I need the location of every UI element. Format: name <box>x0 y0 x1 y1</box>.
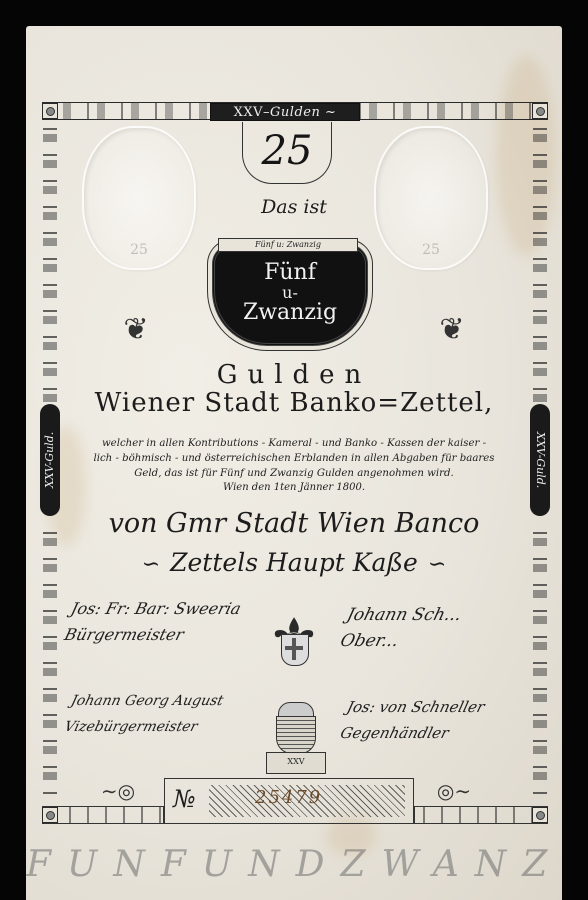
currency-word: Gulden <box>26 360 562 390</box>
signature-title: Vizebürgermeister <box>62 714 220 740</box>
script-line-1: von Gmr Stadt Wien Banco <box>26 508 562 539</box>
body-line-3: Geld, das ist für Fünf und Zwanzig Gulde… <box>56 466 532 481</box>
signature-title: Ober... <box>338 628 458 654</box>
das-ist-text: Das ist <box>26 196 562 218</box>
paper-stain <box>496 56 556 256</box>
corner-ornament <box>42 103 58 119</box>
signature-title: Gegenhändler <box>338 720 481 746</box>
script-line-2-text: Zettels Haupt Kaße <box>170 548 418 577</box>
seal-number: 25 <box>84 242 194 258</box>
denomination-word: Gulden <box>270 105 320 120</box>
signature-name: Jos: von Schneller <box>344 694 487 720</box>
bottom-border-right <box>414 806 548 824</box>
denomination-shield: Fünf u- Zwanzig <box>212 244 368 346</box>
side-label-right: XXV-Guld. <box>530 404 550 516</box>
signature-top-right: Johann Sch... Ober... <box>338 602 465 654</box>
coat-of-arms-icon: XXV <box>258 702 332 774</box>
swash-ornament: ∽ <box>142 552 160 577</box>
shield-line2: u- <box>215 285 365 301</box>
signature-bottom-left: Johann Georg August Vizebürgermeister <box>62 688 227 740</box>
wreath-ornament-left: ❦ <box>86 308 186 352</box>
signature-name: Jos: Fr: Bar: Sweeria <box>68 596 244 622</box>
corner-ornament <box>532 807 548 823</box>
corner-ornament <box>532 103 548 119</box>
script-line-2: ∽Zettels Haupt Kaße∽ <box>26 548 562 577</box>
signature-title: Bürgermeister <box>62 622 238 648</box>
arms-pedestal: XXV <box>266 752 326 774</box>
arms-shield <box>276 716 316 754</box>
bottom-border-left <box>42 806 164 824</box>
denomination-bar: XXV–Gulden ~ <box>210 103 360 121</box>
body-line-1: welcher in allen Kontributions - Kameral… <box>56 436 532 451</box>
body-line-2: lich - böhmisch - und österreichischen E… <box>56 451 532 466</box>
serial-number-box: № 25479 <box>164 778 414 824</box>
eagle-shield-cross <box>281 634 309 666</box>
swash-ornament: ∽ <box>428 552 446 577</box>
denomination-numeral: 25 <box>262 128 313 174</box>
issue-date: Wien den 1ten Jänner 1800. <box>26 482 562 493</box>
signature-top-left: Jos: Fr: Bar: Sweeria Bürgermeister <box>62 596 244 648</box>
corner-ornament <box>42 807 58 823</box>
signature-name: Johann Georg August <box>68 688 226 714</box>
numero-sign: № <box>173 785 196 813</box>
numeral-cartouche: 25 <box>242 122 332 184</box>
seal-number: 25 <box>376 242 486 258</box>
note-title: Wiener Stadt Banko=Zettel, <box>26 388 562 418</box>
wreath-ornament-right: ❦ <box>402 308 502 352</box>
scroll-ornament-right: ◎∼ <box>414 780 494 802</box>
banknote: XXV–Gulden ~ 25 25 25 Das ist Fünf u: Zw… <box>26 26 562 900</box>
shield-line3: Zwanzig <box>215 301 365 325</box>
scroll-ornament-left: ∼◎ <box>78 780 158 802</box>
signature-bottom-right: Jos: von Schneller Gegenhändler <box>338 694 488 746</box>
shield-label: Fünf u: Zwanzig <box>218 238 358 252</box>
signature-name: Johann Sch... <box>344 602 464 628</box>
shield-line1: Fünf <box>215 261 365 285</box>
denomination-roman: XXV <box>234 105 263 120</box>
serial-number: 25479 <box>255 787 322 808</box>
watermark-text: FUNFUNDZWANZIG <box>26 844 562 885</box>
side-label-left: XXV-Guld. <box>40 404 60 516</box>
